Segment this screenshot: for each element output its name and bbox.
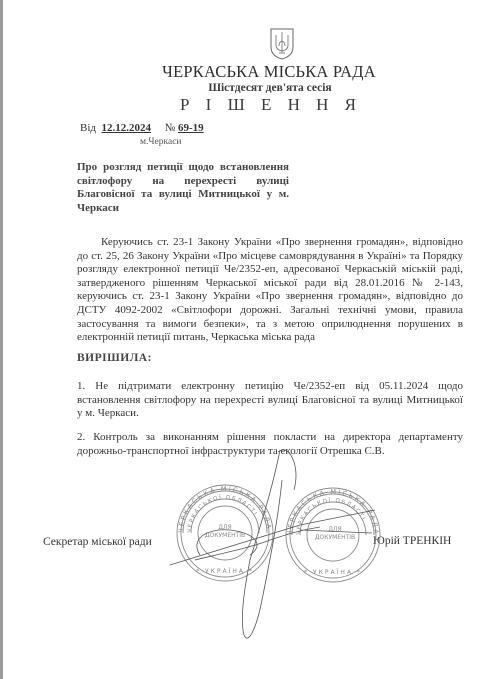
svg-text:* УКРАЇНА *: * УКРАЇНА *	[196, 568, 254, 575]
stamps-and-signature: ДЛЯ ДОКУМЕНТІВ ЧЕРКАСЬКА МІСЬКА РАДА ЧЕР…	[0, 0, 480, 679]
svg-text:ДОКУМЕНТІВ: ДОКУМЕНТІВ	[205, 532, 245, 539]
svg-text:* УКРАЇНА *: * УКРАЇНА *	[304, 569, 362, 576]
svg-text:ДОКУМЕНТІВ: ДОКУМЕНТІВ	[315, 534, 355, 541]
official-stamp-right: ДЛЯ ДОКУМЕНТІВ ЧЕРКАСЬКА МІСЬКА РАДА ЧЕР…	[286, 488, 380, 582]
